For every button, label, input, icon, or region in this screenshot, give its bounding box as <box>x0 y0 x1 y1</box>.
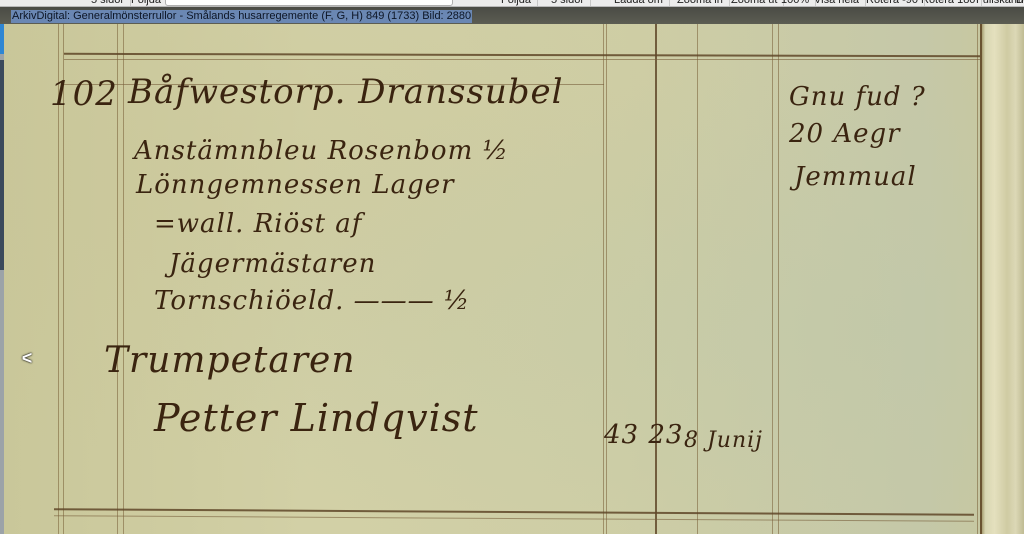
zoom-in-button[interactable]: Zooma in <box>671 0 730 7</box>
page-edge <box>980 24 1024 534</box>
toolbar: 5 sidor Följda Följda 5 sidor Ladda om Z… <box>0 0 1024 7</box>
document-image[interactable]: 102 Båfwestorp. Dranssubel Anstämnbleu R… <box>4 24 1024 534</box>
column-rule <box>778 24 779 534</box>
toolbar-item-overflow[interactable]: Bo <box>1010 0 1024 7</box>
toolbar-item-follow-2[interactable]: Följda <box>495 0 538 7</box>
handwritten-line-5: Jägermästaren <box>169 249 376 279</box>
reload-button[interactable]: Ladda om <box>608 0 670 7</box>
name-line: Petter Lindqvist <box>154 396 479 440</box>
handwritten-line-2: Anstämnbleu Rosenbom ½ <box>134 136 509 166</box>
right-column-line-1: Gnu fud ? <box>789 82 926 112</box>
handwritten-line-6: Tornschiöeld. ——— ½ <box>154 286 470 316</box>
column-rule <box>603 24 604 534</box>
fit-all-button[interactable]: Visa hela <box>808 0 866 7</box>
column-rule <box>606 24 607 534</box>
figures-suffix: 8 Junij <box>684 428 763 453</box>
section-heading: Trumpetaren <box>104 340 356 381</box>
toolbar-item-pages-2[interactable]: 5 sidor <box>545 0 591 7</box>
image-caption[interactable]: ArkivDigital: Generalmönsterrullor - Små… <box>11 10 472 23</box>
chevron-left-icon[interactable]: < <box>17 347 37 369</box>
search-input[interactable] <box>165 0 453 6</box>
toolbar-item-follow[interactable]: Följda <box>125 0 168 7</box>
row-rule-top <box>64 53 984 57</box>
row-rule-bottom-thin <box>54 515 974 522</box>
handwritten-line-4: =wall. Riöst af <box>154 209 362 239</box>
right-column-line-2: 20 Aegr <box>789 119 901 149</box>
right-column-line-3: Jemmual <box>794 162 917 192</box>
row-rule-bottom <box>54 508 974 516</box>
column-rule <box>655 24 657 534</box>
column-rule <box>977 24 978 534</box>
column-rule <box>123 24 124 534</box>
row-rule-top-thin <box>64 59 984 60</box>
figures: 43 23 <box>604 420 683 450</box>
handwritten-line-3: Lönngemnessen Lager <box>136 170 455 200</box>
entry-number: 102 <box>50 74 118 114</box>
column-rule <box>697 24 698 534</box>
column-rule <box>772 24 773 534</box>
handwritten-line-1: Båfwestorp. Dranssubel <box>128 72 564 112</box>
image-titlebar: ArkivDigital: Generalmönsterrullor - Små… <box>0 7 1024 24</box>
